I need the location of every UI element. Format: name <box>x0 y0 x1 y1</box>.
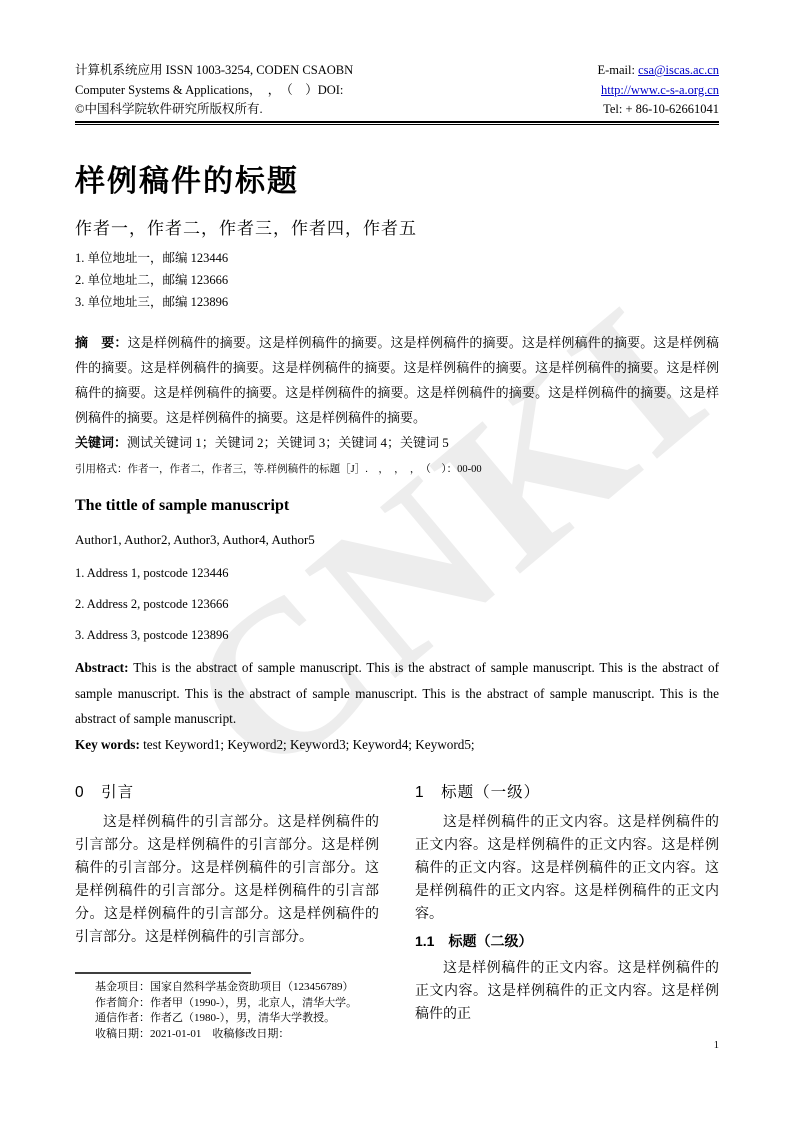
footnote-bio: 作者简介：作者甲（1990-），男，北京人，清华大学。 <box>95 996 357 1012</box>
keywords-en-text: test Keyword1; Keyword2; Keyword3; Keywo… <box>143 737 474 752</box>
email-link[interactable]: csa@iscas.ac.cn <box>638 63 719 77</box>
document-page: 计算机系统应用 ISSN 1003-3254, CODEN CSAOBN Com… <box>0 0 794 1123</box>
section-1-paragraph: 这是样例稿件的正文内容。这是样例稿件的正文内容。这是样例稿件的正文内容。这是样例… <box>415 811 719 926</box>
email-line: E-mail: csa@iscas.ac.cn <box>597 61 719 81</box>
section-1-1-paragraph: 这是样例稿件的正文内容。这是样例稿件的正文内容。这是样例稿件的正文内容。这是样例… <box>415 957 719 1026</box>
keywords-cn-text: 测试关键词 1；关键词 2；关键词 3；关键词 4；关键词 5 <box>127 435 449 450</box>
abstract-en-block: Abstract: This is the abstract of sample… <box>75 655 719 757</box>
footnote-fund: 基金项目：国家自然科学基金资助项目（123456789） <box>95 980 357 996</box>
section-1-heading: 1 标题（一级） <box>415 780 719 802</box>
paper-title-cn: 样例稿件的标题 <box>75 156 299 200</box>
journal-info-cn: 计算机系统应用 ISSN 1003-3254, CODEN CSAOBN <box>75 61 353 81</box>
journal-header-left: 计算机系统应用 ISSN 1003-3254, CODEN CSAOBN Com… <box>75 61 353 120</box>
abstract-cn-text: 这是样例稿件的摘要。这是样例稿件的摘要。这是样例稿件的摘要。这是样例稿件的摘要。… <box>75 335 719 425</box>
citation-line: 引用格式：作者一，作者二，作者三，等.样例稿件的标题［J］. ， ， ， （ ）… <box>75 461 719 476</box>
keywords-en: Key words: test Keyword1; Keyword2; Keyw… <box>75 732 719 758</box>
intro-paragraph: 这是样例稿件的引言部分。这是样例稿件的引言部分。这是样例稿件的引言部分。这是样例… <box>75 811 379 949</box>
affiliation-en-item: 2. Address 2, postcode 123666 <box>75 589 228 620</box>
paper-title-en: The tittle of sample manuscript <box>75 497 289 515</box>
abstract-cn: 摘 要：这是样例稿件的摘要。这是样例稿件的摘要。这是样例稿件的摘要。这是样例稿件… <box>75 330 719 430</box>
journal-header-right: E-mail: csa@iscas.ac.cn http://www.c-s-a… <box>597 61 719 120</box>
tel-line: Tel: + 86-10-62661041 <box>597 100 719 120</box>
abstract-en-text: This is the abstract of sample manuscrip… <box>75 660 719 726</box>
authors-en: Author1, Author2, Author3, Author4, Auth… <box>75 532 315 548</box>
abstract-en: Abstract: This is the abstract of sample… <box>75 655 719 732</box>
keywords-cn-label: 关键词： <box>75 435 127 450</box>
section-1-1-heading: 1.1 标题（二级） <box>415 931 719 951</box>
page-number: 1 <box>75 1040 719 1051</box>
section-intro-heading: 0 引言 <box>75 780 379 802</box>
footnote-corresponding: 通信作者：作者乙（1980-），男，清华大学教授。 <box>95 1011 357 1027</box>
journal-copyright: ©中国科学院软件研究所版权所有. <box>75 100 353 120</box>
affiliations-cn: 1. 单位地址一，邮编 123446 2. 单位地址二，邮编 123666 3.… <box>75 247 228 313</box>
journal-info-en: Computer Systems & Applications， ， （ ）DO… <box>75 81 353 101</box>
affiliation-cn-item: 3. 单位地址三，邮编 123896 <box>75 291 228 313</box>
affiliations-en: 1. Address 1, postcode 123446 2. Address… <box>75 558 228 651</box>
website-line: http://www.c-s-a.org.cn <box>597 81 719 101</box>
website-link[interactable]: http://www.c-s-a.org.cn <box>601 83 719 97</box>
abstract-cn-block: 摘 要：这是样例稿件的摘要。这是样例稿件的摘要。这是样例稿件的摘要。这是样例稿件… <box>75 330 719 455</box>
abstract-cn-label: 摘 要： <box>75 335 128 350</box>
journal-header: 计算机系统应用 ISSN 1003-3254, CODEN CSAOBN Com… <box>75 61 719 120</box>
abstract-en-label: Abstract: <box>75 660 133 675</box>
footnotes: 基金项目：国家自然科学基金资助项目（123456789） 作者简介：作者甲（19… <box>95 980 357 1042</box>
email-label: E-mail: <box>597 63 638 77</box>
right-column: 1 标题（一级） 这是样例稿件的正文内容。这是样例稿件的正文内容。这是样例稿件的… <box>415 780 719 1026</box>
footnote-divider <box>75 972 251 974</box>
affiliation-cn-item: 1. 单位地址一，邮编 123446 <box>75 247 228 269</box>
keywords-cn: 关键词：测试关键词 1；关键词 2；关键词 3；关键词 4；关键词 5 <box>75 430 719 455</box>
keywords-en-label: Key words: <box>75 737 143 752</box>
authors-cn: 作者一，作者二，作者三，作者四，作者五 <box>75 214 417 239</box>
affiliation-en-item: 1. Address 1, postcode 123446 <box>75 558 228 589</box>
affiliation-cn-item: 2. 单位地址二，邮编 123666 <box>75 269 228 291</box>
header-divider <box>75 121 719 125</box>
affiliation-en-item: 3. Address 3, postcode 123896 <box>75 620 228 651</box>
